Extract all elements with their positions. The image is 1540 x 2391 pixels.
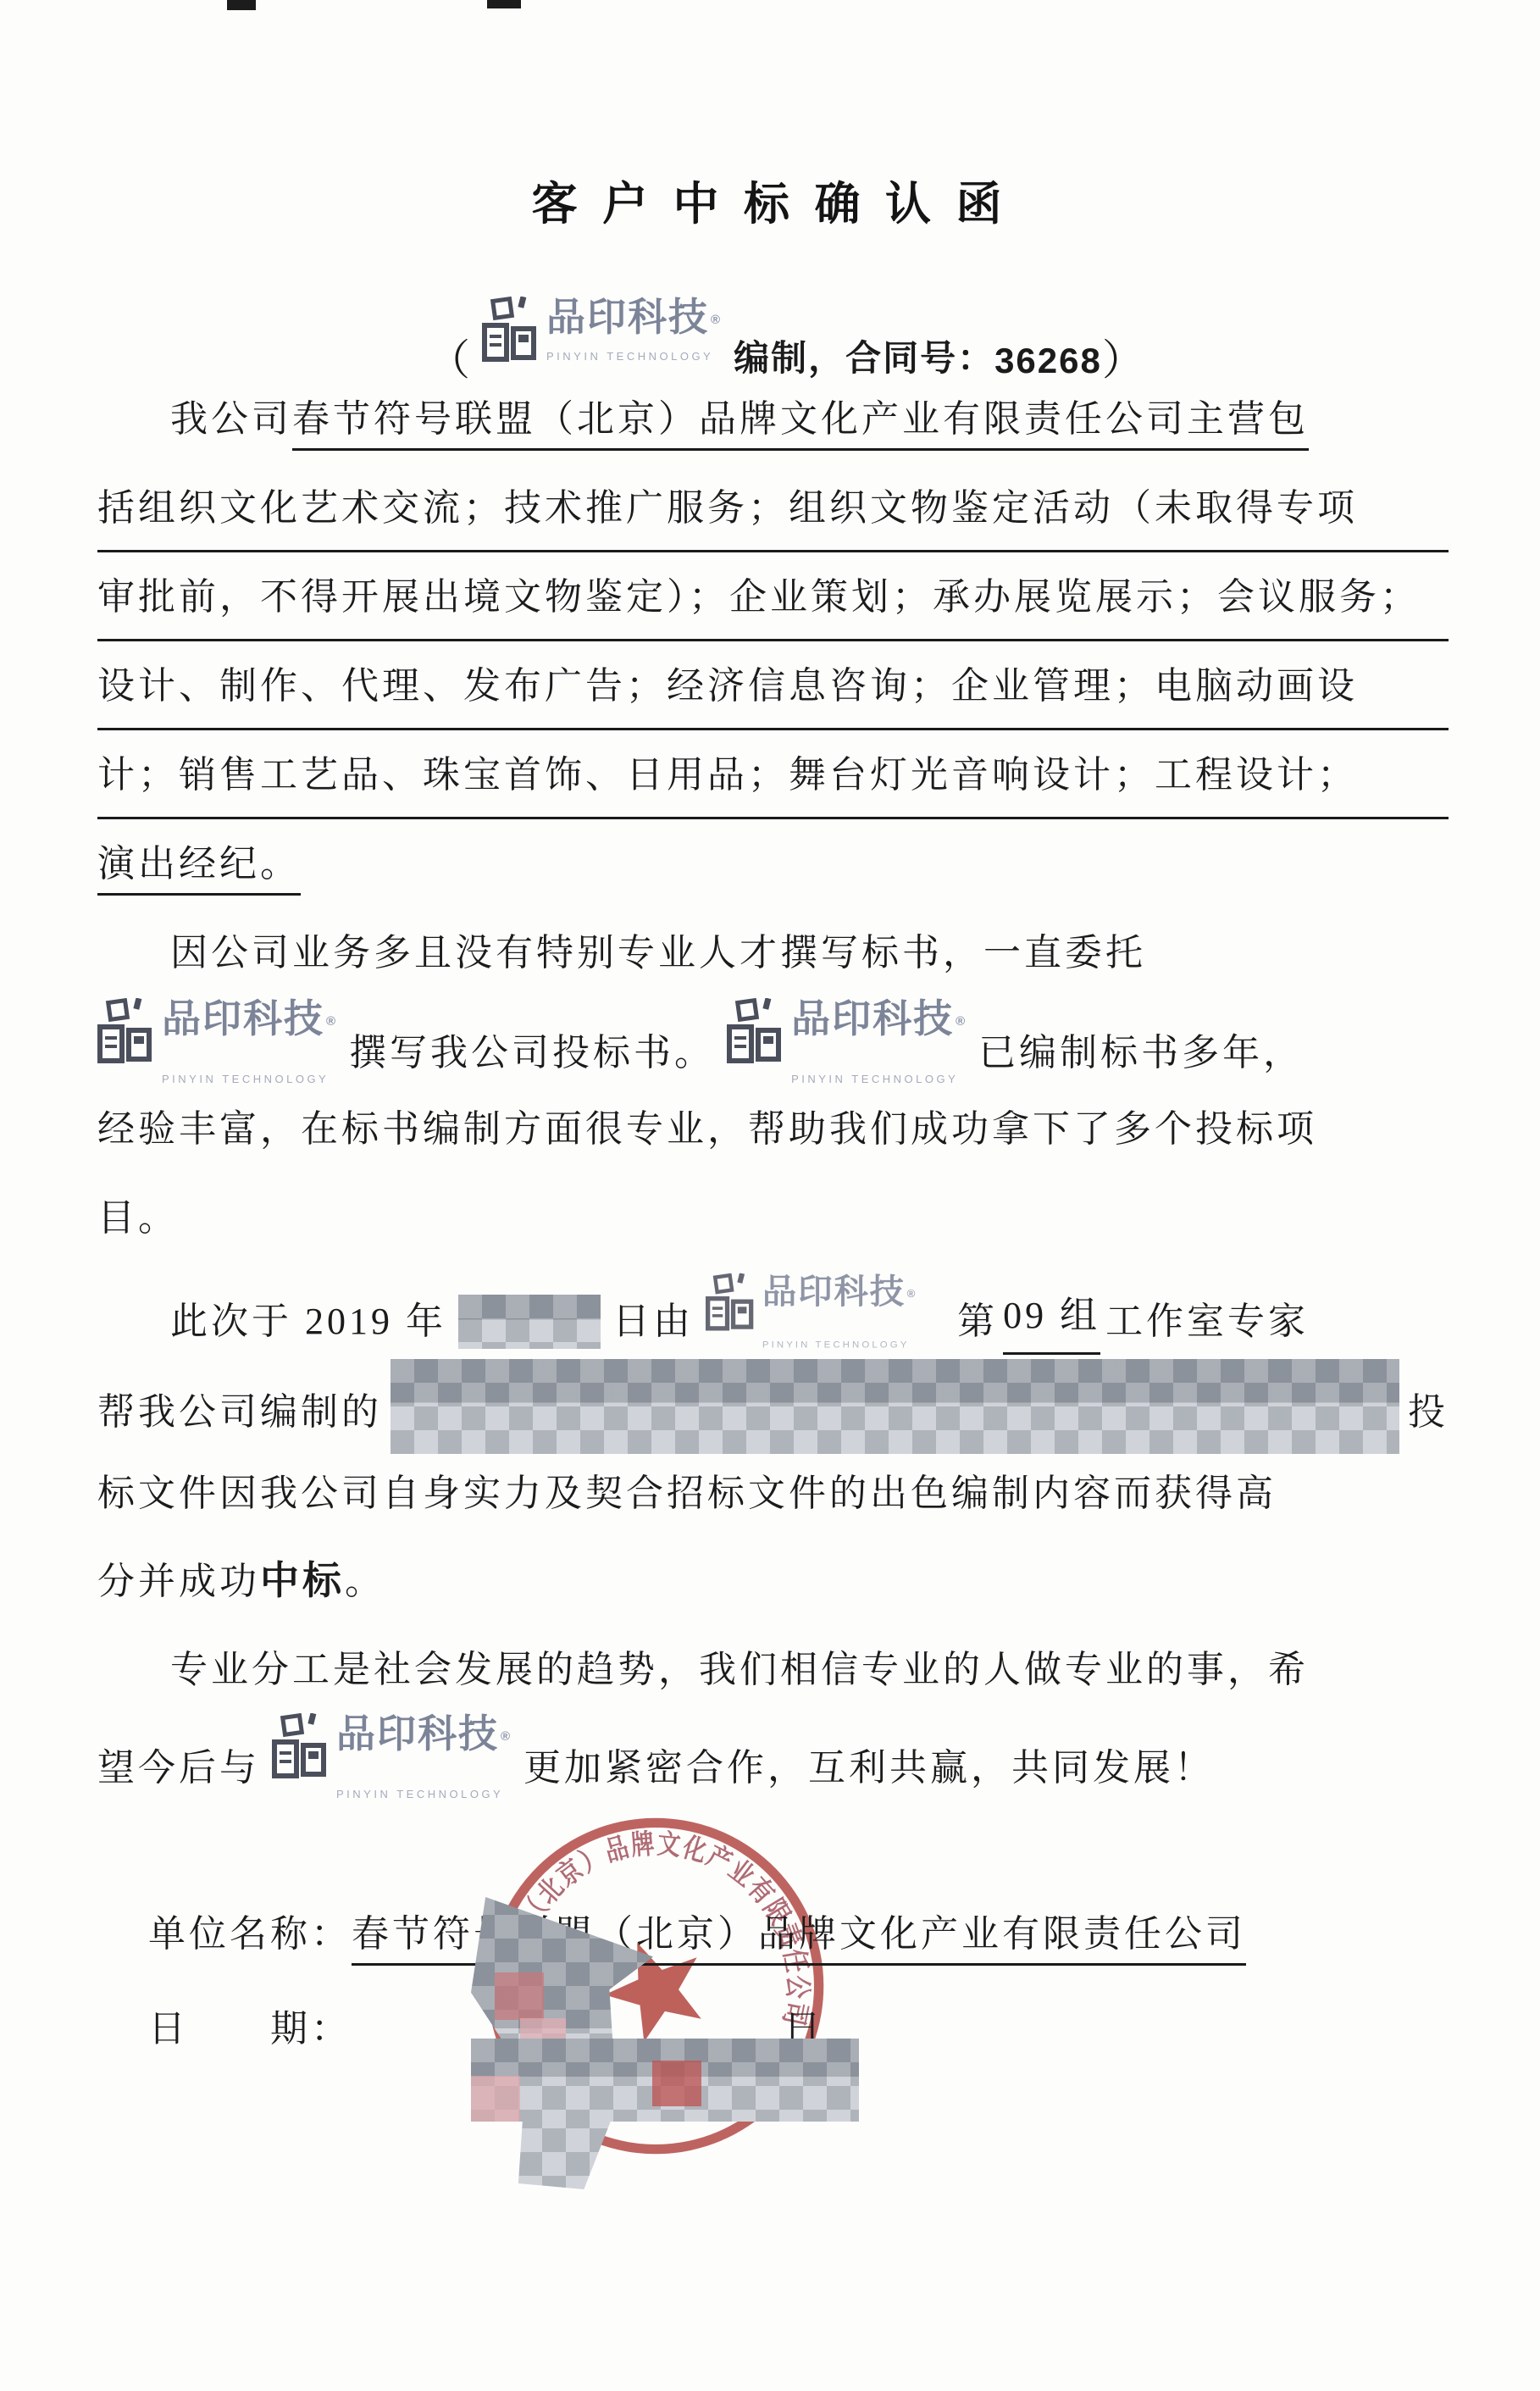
pinyin-logo: 品印科技® PINYIN TECHNOLOGY (97, 998, 337, 1107)
pinyin-logo-mark-icon (97, 998, 153, 1066)
body-text: 帮我公司编制的 (97, 1384, 382, 1440)
body-text: 更加紧密合作，互利共赢，共同发展！ (523, 1740, 1215, 1796)
body-text: 望今后与 (97, 1740, 260, 1796)
body-text: 撰写我公司投标书。 (349, 1025, 715, 1081)
body-text: 。 (345, 1561, 385, 1602)
registered-mark-icon: ® (501, 1717, 512, 1757)
body-line: 设计、制作、代理、发布广告；经济信息咨询；企业管理；电脑动画设 (97, 658, 1449, 730)
pinyin-logo-mark-icon (482, 297, 538, 364)
body-text: 此次于 2019 年 (170, 1294, 446, 1350)
redaction-pixel (495, 1972, 544, 2020)
subtitle-made-by: 编制，合同号： (734, 330, 994, 381)
scan-artifact (487, 0, 521, 8)
pinyin-logo: 品印科技® PINYIN TECHNOLOGY (727, 998, 967, 1107)
redaction-pixel (471, 2076, 520, 2122)
pinyin-logo-en: PINYIN TECHNOLOGY (336, 1767, 512, 1822)
bold-win-bid-text: 中标 (260, 1558, 345, 1602)
registered-mark-icon: ® (956, 1001, 967, 1042)
pinyin-logo-en: PINYIN TECHNOLOGY (791, 1051, 967, 1107)
body-line: 括组织文化艺术交流；技术推广服务；组织文物鉴定活动（未取得专项 (97, 480, 1449, 552)
body-text: 我公司 (170, 398, 292, 440)
body-line: 演出经纪。 (97, 836, 1449, 892)
pinyin-logo-mark-icon (272, 1713, 328, 1781)
body-line: 望今后与 品印科技® PINYIN TECHNOLOGY 更加紧密合作，互利共赢… (97, 1713, 1449, 1822)
pinyin-logo: 品印科技® PINYIN TECHNOLOGY (706, 1273, 917, 1370)
paren-open: （ (428, 339, 470, 381)
body-text: 分并成功 (97, 1561, 260, 1602)
body-line: 计；销售工艺品、珠宝首饰、日用品；舞台灯光音响设计；工程设计； (97, 747, 1449, 819)
body-line: 我公司春节符号联盟（北京）品牌文化产业有限责任公司主营包 (97, 391, 1449, 447)
registered-mark-icon: ® (711, 300, 722, 341)
body-line: 审批前，不得开展出境文物鉴定）；企业策划；承办展览展示；会议服务； (97, 569, 1449, 641)
redaction-pixel (652, 2061, 701, 2106)
pinyin-logo-mark-icon (727, 998, 783, 1066)
body-text: 日由 (612, 1294, 694, 1350)
redaction-blur (391, 1359, 1399, 1454)
pinyin-logo-cn: 品印科技® (546, 297, 722, 347)
underlined-text: 演出经纪。 (97, 843, 301, 896)
body-line: 目。 (97, 1190, 1449, 1246)
scan-artifact (227, 0, 256, 10)
body-text: 第 (957, 1294, 998, 1350)
body-line: 经验丰富，在标书编制方面很专业，帮助我们成功拿下了多个投标项 (97, 1101, 1449, 1157)
pinyin-logo-mark-icon (706, 1273, 755, 1333)
subtitle: （ 品印科技® PINYIN TECHNOLOGY 编制，合同号： 36268 … (428, 280, 1144, 381)
body-line: 分并成功中标。 (97, 1552, 1449, 1610)
body-line: 因公司业务多且没有特别专业人才撰写标书，一直委托 (97, 925, 1449, 981)
body-line: 专业分工是社会发展的趋势，我们相信专业的人做专业的事，希 (97, 1642, 1449, 1698)
body-line: 标文件因我公司自身实力及契合招标文件的出色编制内容而获得高 (97, 1466, 1449, 1522)
pinyin-logo: 品印科技® PINYIN TECHNOLOGY (482, 297, 722, 364)
body-line: 帮我公司编制的 投 (97, 1371, 1449, 1454)
pinyin-logo-en: PINYIN TECHNOLOGY (546, 350, 722, 363)
pinyin-logo: 品印科技® PINYIN TECHNOLOGY (272, 1713, 512, 1822)
scanned-document-page: 春节符号联盟（北京）品牌文化产业有限责任公司 1101010216249 客 户… (0, 0, 1540, 2391)
paren-close: ） (1102, 339, 1144, 381)
registered-mark-icon: ® (907, 1276, 917, 1312)
contract-number: 36268 (994, 341, 1102, 381)
body-line: 品印科技® PINYIN TECHNOLOGY 撰写我公司投标书。 品印科技® … (97, 998, 1449, 1107)
company-name-line: 单位名称：春节符号联盟（北京）品牌文化产业有限责任公司 (97, 1906, 1449, 1962)
registered-mark-icon: ® (326, 1001, 337, 1042)
page-title: 客 户 中 标 确 认 函 (0, 168, 1540, 233)
body-text: 已编制标书多年， (978, 1025, 1304, 1081)
date-label: 日 期： (148, 2001, 352, 2057)
pinyin-logo-en: PINYIN TECHNOLOGY (162, 1051, 337, 1107)
underlined-group-number: 09 组 (1003, 1288, 1100, 1355)
underlined-company-text: 春节符号联盟（北京）品牌文化产业有限责任公司主营包 (292, 398, 1309, 451)
body-text: 工作室专家 (1105, 1294, 1309, 1350)
company-name-label: 单位名称： (148, 1913, 352, 1955)
redaction-blur (471, 2039, 859, 2122)
body-text: 投 (1408, 1384, 1449, 1440)
redaction-blur (458, 1295, 601, 1349)
